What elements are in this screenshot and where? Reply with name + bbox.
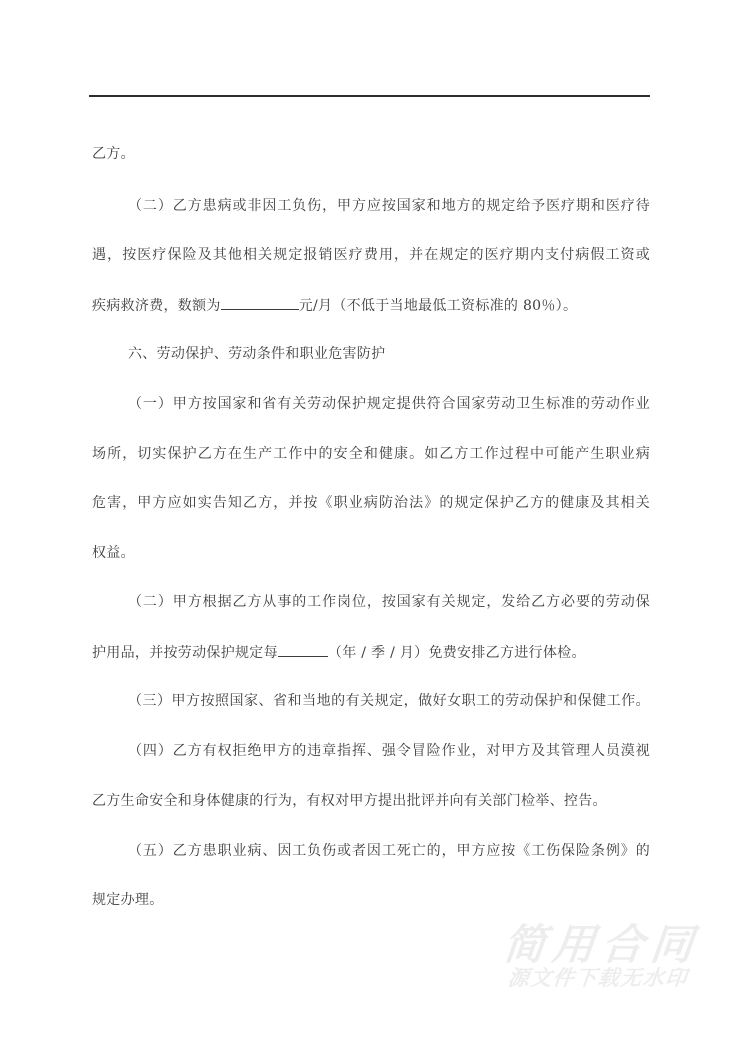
contract-line: （三）甲方按照国家、省和当地的有关规定，做好女职工的劳动保护和保健工作。 (92, 692, 650, 712)
contract-line: （二）甲方根据乙方从事的工作岗位，按国家有关规定，发给乙方必要的劳动保 (92, 593, 650, 613)
watermark-subtitle: 源文件下载无水印 (506, 962, 689, 992)
contract-page: 乙方。 （二）乙方患病或非因工负伤，甲方应按国家和地方的规定给予医疗期和医疗待 … (0, 0, 742, 1049)
contract-line: 乙方。 (92, 145, 650, 165)
contract-line: 遇，按医疗保险及其他相关规定报销医疗费用，并在规定的医疗期内支付病假工资或 (92, 246, 650, 266)
contract-line: 乙方生命安全和身体健康的行为，有权对甲方提出批评并向有关部门检举、控告。 (92, 792, 650, 812)
contract-line: 疾病救济费，数额为元/月（不低于当地最低工资标准的 80％）。 (92, 296, 650, 316)
header-rule (89, 95, 650, 97)
fill-in-blank-amount (221, 296, 299, 310)
section-heading: 六、劳动保护、劳动条件和职业危害防护 (92, 345, 650, 365)
contract-line: 场所，切实保护乙方在生产工作中的安全和健康。如乙方工作过程中可能产生职业病 (92, 445, 650, 465)
contract-line: （五）乙方患职业病、因工负伤或者因工死亡的，甲方应按《工伤保险条例》的 (92, 842, 650, 862)
contract-line: 规定办理。 (92, 891, 650, 911)
fill-in-blank-period (278, 643, 328, 657)
line-text-before-blank: 疾病救济费，数额为 (92, 298, 221, 314)
contract-line: 护用品，并按劳动保护规定每（年 / 季 / 月）免费安排乙方进行体检。 (92, 643, 650, 663)
line-text-after-blank: 元/月（不低于当地最低工资标准的 80％）。 (299, 298, 578, 314)
line-text-after-blank: （年 / 季 / 月）免费安排乙方进行体检。 (328, 645, 586, 661)
contract-line: （二）乙方患病或非因工负伤，甲方应按国家和地方的规定给予医疗期和医疗待 (92, 197, 650, 217)
contract-line: 危害，甲方应如实告知乙方，并按《职业病防治法》的规定保护乙方的健康及其相关 (92, 494, 650, 514)
contract-line: （四）乙方有权拒绝甲方的违章指挥、强令冒险作业，对甲方及其管理人员漠视 (92, 742, 650, 762)
line-text-before-blank: 护用品，并按劳动保护规定每 (92, 645, 278, 661)
contract-line: （一）甲方按国家和省有关劳动保护规定提供符合国家劳动卫生标准的劳动作业 (92, 395, 650, 415)
contract-line: 权益。 (92, 544, 650, 564)
